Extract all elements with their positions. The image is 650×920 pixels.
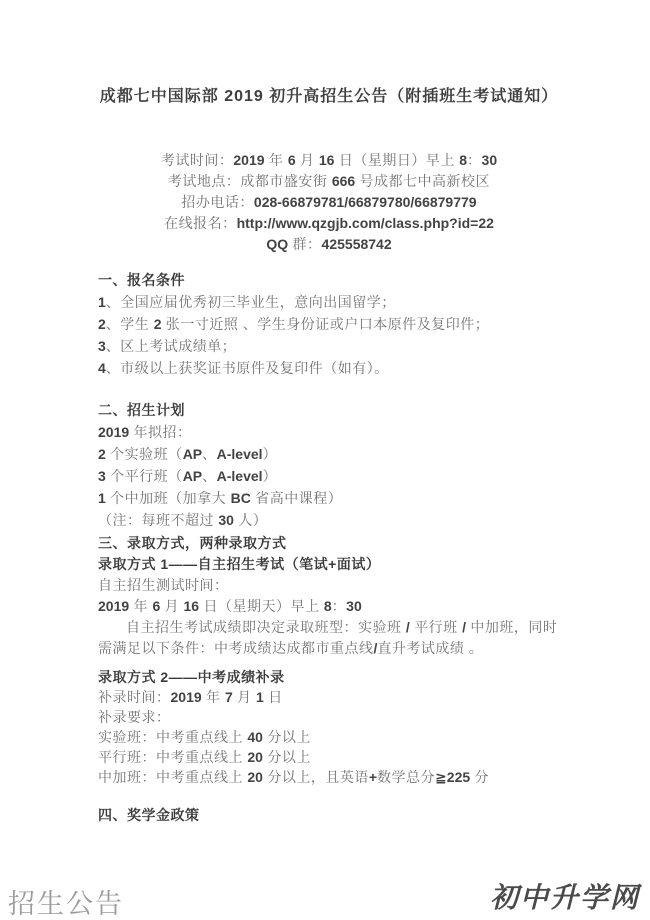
list-item: 中加班：中考重点线上 20 分以上，且英语+数学总分≧225 分	[98, 767, 560, 787]
list-item: 平行班：中考重点线上 20 分以上	[98, 747, 560, 767]
list-item: 2 个实验班（AP、A-level）	[98, 443, 560, 465]
subsection-heading-method-2: 录取方式 2——中考成绩补录	[98, 667, 560, 687]
section-admission-methods: 三、录取方式，两种录取方式 录取方式 1——自主招生考试（笔试+面试） 自主招生…	[98, 533, 560, 659]
section-admission-method-2: 录取方式 2——中考成绩补录 补录时间：2019 年 7 月 1 日 补录要求：…	[98, 667, 560, 787]
list-item: （注：每班不超过 30 人）	[98, 509, 560, 531]
online-registration-url-line: 在线报名：http://www.qzgjb.com/class.php?id=2…	[98, 213, 560, 234]
page-title: 成都七中国际部 2019 初升高招生公告（附插班生考试通知）	[98, 88, 560, 106]
paragraph: 自主招生考试成绩即决定录取班型：实验班 / 平行班 / 中加班，同时需满足以下条…	[98, 617, 560, 659]
list-item: 2019 年 6 月 16 日（星期天）早上 8：30	[98, 596, 560, 617]
watermark-category-label: 招生公告	[8, 882, 124, 920]
watermark-site-logo: 初中升学网	[490, 876, 640, 916]
section-application-requirements: 一、报名条件 1、全国应届优秀初三毕业生，意向出国留学； 2、学生 2 张一寸近…	[98, 269, 560, 379]
section-enrollment-plan: 二、招生计划 2019 年拟招： 2 个实验班（AP、A-level） 3 个平…	[98, 399, 560, 531]
list-item: 补录要求：	[98, 707, 560, 727]
exam-time-line: 考试时间：2019 年 6 月 16 日（星期日）早上 8：30	[98, 150, 560, 171]
list-item: 4、市级以上获奖证书原件及复印件（如有）。	[98, 357, 560, 379]
qq-group-line: QQ 群：425558742	[98, 234, 560, 255]
list-item: 实验班：中考重点线上 40 分以上	[98, 727, 560, 747]
list-item: 3 个平行班（AP、A-level）	[98, 465, 560, 487]
list-item: 1、全国应届优秀初三毕业生，意向出国留学；	[98, 291, 560, 313]
exam-location-line: 考试地点：成都市盛安街 666 号成都七中高新校区	[98, 171, 560, 192]
section-scholarship-policy: 四、奖学金政策	[98, 805, 560, 825]
document-page: 成都七中国际部 2019 初升高招生公告（附插班生考试通知） 考试时间：2019…	[98, 0, 560, 825]
section-heading: 一、报名条件	[98, 269, 560, 291]
section-heading: 二、招生计划	[98, 399, 560, 421]
list-item: 补录时间：2019 年 7 月 1 日	[98, 687, 560, 707]
admissions-phone-line: 招办电话：028-66879781/66879780/66879779	[98, 192, 560, 213]
list-item: 1 个中加班（加拿大 BC 省高中课程）	[98, 487, 560, 509]
list-item: 2、学生 2 张一寸近照 、学生身份证或户口本原件及复印件；	[98, 313, 560, 335]
section-heading: 三、录取方式，两种录取方式	[98, 533, 560, 554]
list-item: 自主招生测试时间：	[98, 575, 560, 596]
section-heading: 四、奖学金政策	[98, 805, 560, 825]
list-item: 3、区上考试成绩单；	[98, 335, 560, 357]
contact-info-block: 考试时间：2019 年 6 月 16 日（星期日）早上 8：30 考试地点：成都…	[98, 150, 560, 255]
subsection-heading-method-1: 录取方式 1——自主招生考试（笔试+面试）	[98, 554, 560, 575]
list-item: 2019 年拟招：	[98, 421, 560, 443]
